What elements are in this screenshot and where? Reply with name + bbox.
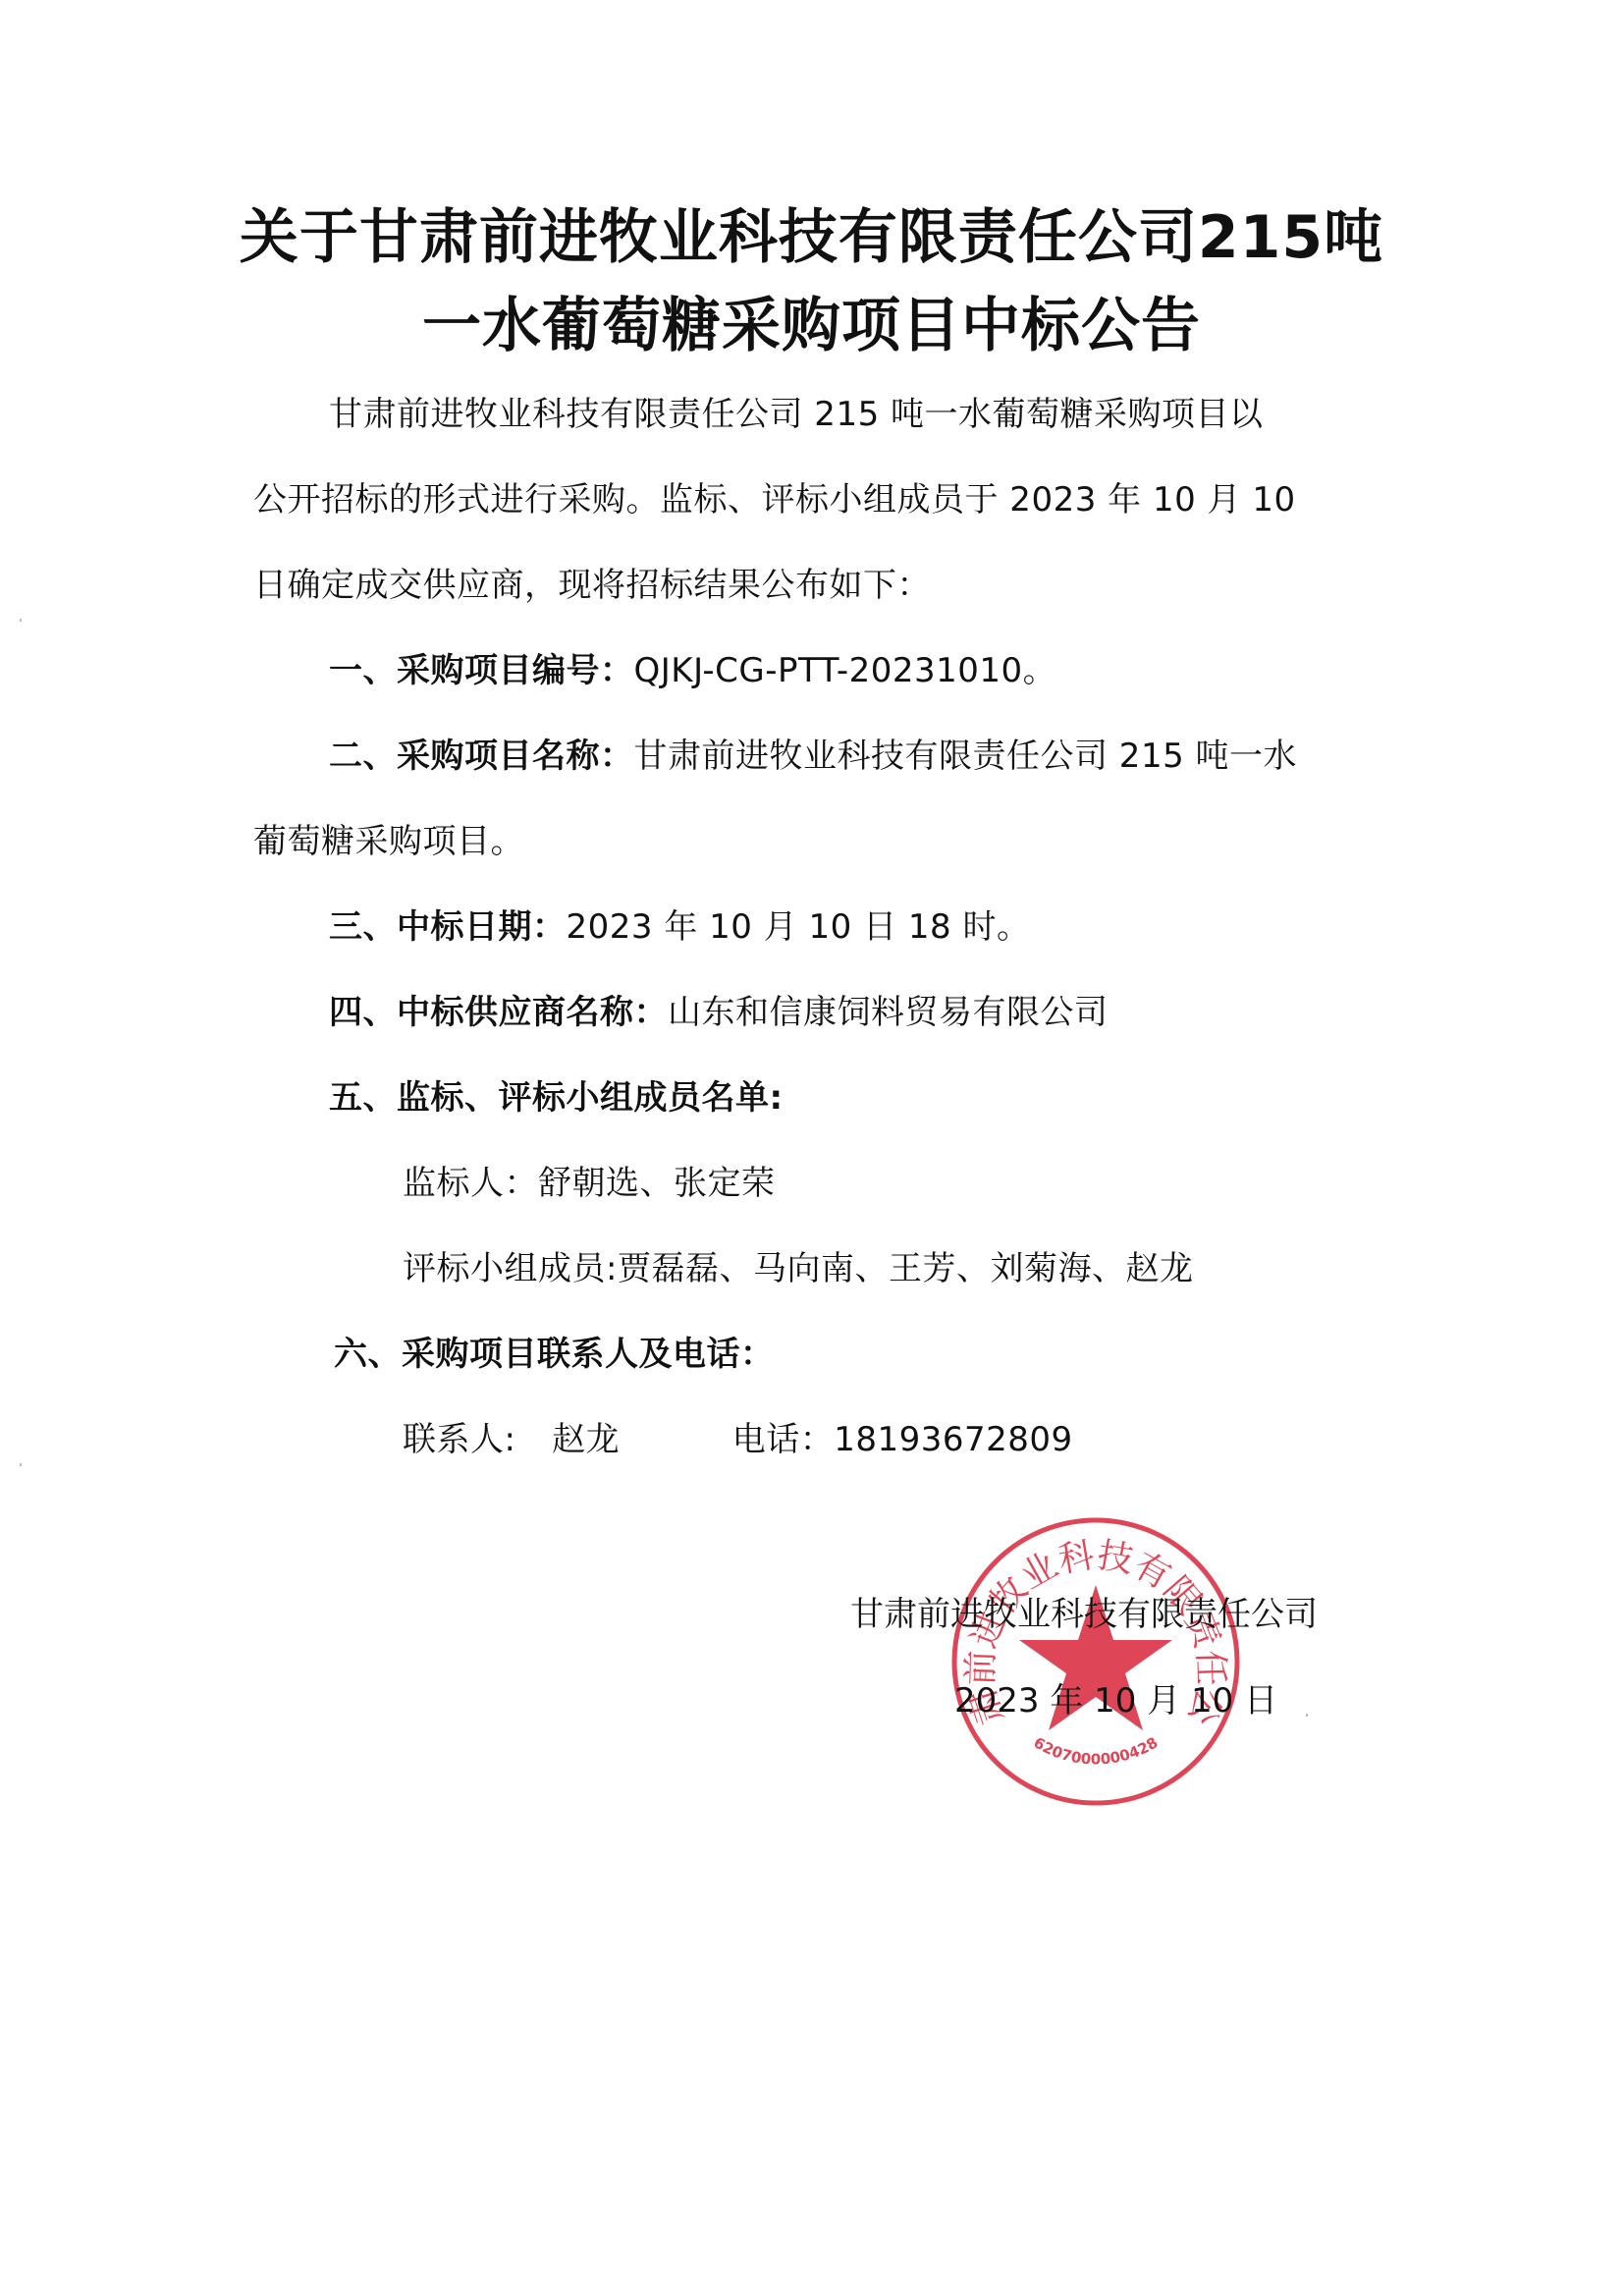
item-2-project-name: 二、采购项目名称：甘肃前进牧业科技有限责任公司 215 吨一水 [329, 735, 1297, 778]
evaluators-value: 贾磊磊、马向南、王芳、刘菊海、赵龙 [618, 1249, 1194, 1288]
supervisors-value: 舒朝选、张定荣 [538, 1164, 776, 1203]
item-2-label: 二、采购项目名称： [329, 737, 634, 776]
item-2-value-line-2: 葡萄糖采购项目。 [253, 820, 524, 863]
evaluators-label: 评标小组成员: [403, 1249, 618, 1288]
item-2-value-line-1: 甘肃前进牧业科技有限责任公司 215 吨一水 [634, 737, 1298, 776]
scan-artifact [1306, 1714, 1308, 1717]
contact-label: 联系人: [403, 1420, 515, 1459]
item-4-value: 山东和信康饲料贸易有限公司 [668, 993, 1109, 1032]
item-3-value: 2023 年 10 月 10 日 18 时。 [567, 907, 1031, 947]
intro-line-1: 甘肃前进牧业科技有限责任公司 215 吨一水葡萄糖采购项目以 [329, 393, 1264, 436]
supervisors-label: 监标人： [403, 1164, 538, 1203]
item-5-committee-heading: 五、监标、评标小组成员名单: [329, 1076, 784, 1120]
item-3-award-date: 三、中标日期：2023 年 10 月 10 日 18 时。 [329, 905, 1030, 949]
item-1-project-number: 一、采购项目编号：QJKJ-CG-PTT-20231010。 [329, 649, 1056, 692]
contact-name: 赵龙 [552, 1420, 620, 1459]
item-4-label: 四、中标供应商名称： [329, 993, 668, 1032]
phone-label: 电话： [732, 1420, 835, 1459]
item-1-label: 一、采购项目编号： [329, 651, 634, 690]
signature-date: 2023 年 10 月 10 日 [954, 1679, 1277, 1722]
item-6-contact-heading: 六、采购项目联系人及电话： [334, 1333, 775, 1376]
item-1-value: QJKJ-CG-PTT-20231010。 [634, 651, 1057, 690]
item-4-winning-supplier: 四、中标供应商名称：山东和信康饲料贸易有限公司 [329, 991, 1109, 1034]
signature-company: 甘肃前进牧业科技有限责任公司 [850, 1593, 1318, 1636]
document-title-line-1: 关于甘肃前进牧业科技有限责任公司215吨 [0, 203, 1623, 272]
evaluators-line: 评标小组成员:贾磊磊、马向南、王芳、刘菊海、赵龙 [403, 1247, 1193, 1290]
intro-line-3: 日确定成交供应商，现将招标结果公布如下： [253, 564, 931, 607]
scan-artifact [20, 1463, 22, 1466]
supervisors-line: 监标人：舒朝选、张定荣 [403, 1162, 776, 1205]
scan-artifact [20, 619, 22, 622]
phone-value: 18193672809 [834, 1420, 1072, 1459]
document-page: 关于甘肃前进牧业科技有限责任公司215吨 一水葡萄糖采购项目中标公告 甘肃前进牧… [0, 0, 1623, 2296]
intro-line-2: 公开招标的形式进行采购。监标、评标小组成员于 2023 年 10 月 10 [253, 478, 1296, 521]
contact-line: 联系人: 赵龙 电话：18193672809 [403, 1418, 1073, 1461]
item-3-label: 三、中标日期： [329, 907, 567, 947]
document-title-line-2: 一水葡萄糖采购项目中标公告 [0, 292, 1623, 360]
company-seal-stamp: 甘肃前进牧业科技有限责任公司 6207000000428 [948, 1514, 1243, 1809]
seal-serial-number: 6207000000428 [1031, 1733, 1162, 1768]
